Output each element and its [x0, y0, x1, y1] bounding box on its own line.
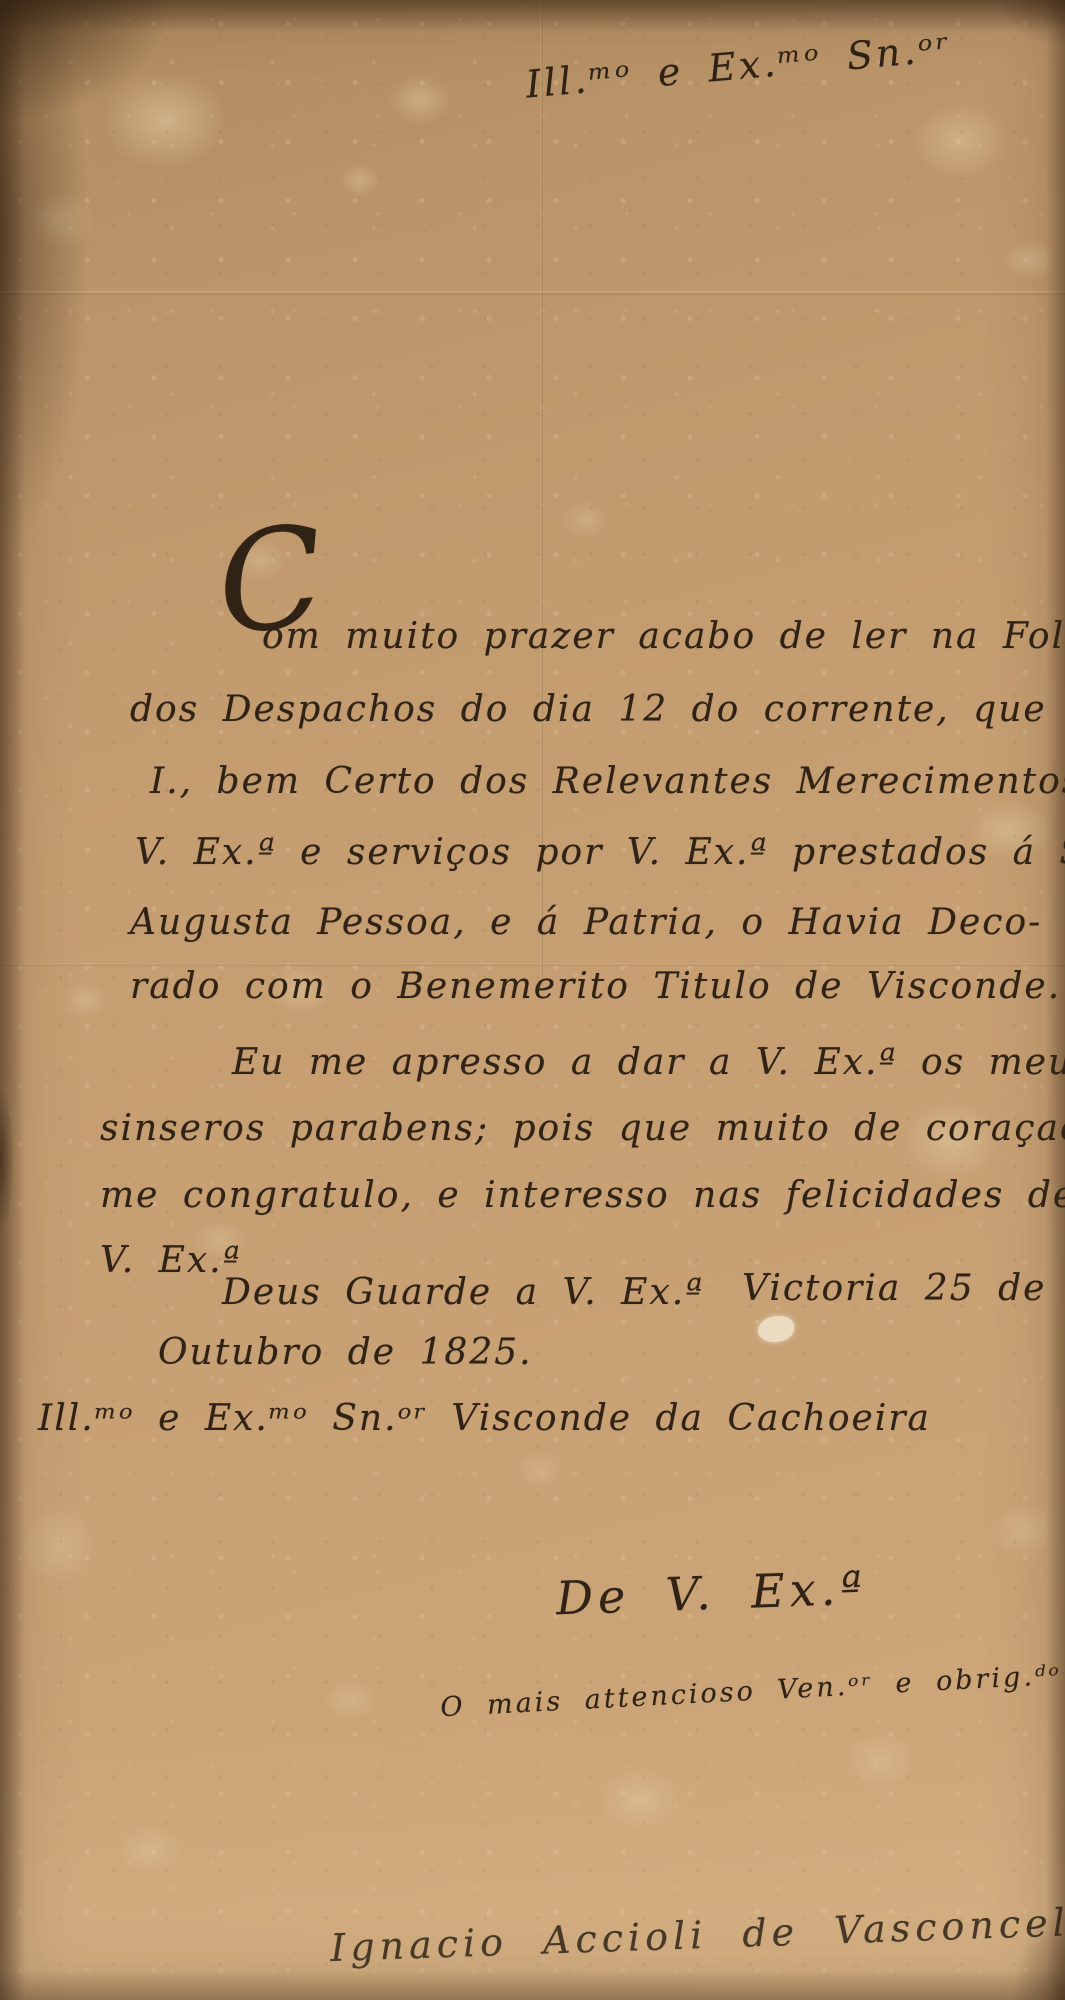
place-date: Victoria 25 de	[742, 1268, 1046, 1309]
body-line-10: V. Ex.ª	[100, 1240, 242, 1281]
body-line-6: rado com o Benemerito Titulo de Visconde…	[130, 966, 1061, 1007]
body-line-2: dos Despachos do dia 12 do corrente, que…	[130, 689, 1065, 730]
paper-flake-chip	[758, 1316, 794, 1342]
salutation-line: Ill.ᵐᵒ e Ex.ᵐᵒ Sn.ᵒʳ	[524, 25, 954, 106]
body-line-3: I., bem Certo dos Relevantes Merecimento…	[150, 761, 1065, 802]
valediction-line: Deus Guarde a V. Ex.ª	[222, 1272, 704, 1313]
date-line: Outubro de 1825.	[158, 1332, 533, 1373]
body-line-5: Augusta Pessoa, e á Patria, o Havia Deco…	[130, 902, 1042, 943]
closing-courtesy-line: O mais attencioso Ven.ᵒʳ e obrig.ᵈᵒ	[440, 1660, 1063, 1724]
body-line-9: me congratulo, e interesso nas felicidad…	[100, 1175, 1065, 1216]
body-line-4: V. Ex.ª e serviços por V. Ex.ª prestados…	[135, 832, 1065, 873]
closing-respect-line: De V. Ex.ª	[555, 1561, 868, 1626]
addressee-line: Ill.ᵐᵒ e Ex.ᵐᵒ Sn.ᵒʳ Visconde da Cachoei…	[38, 1398, 931, 1439]
body-line-8: sinseros parabens; pois que muito de cor…	[100, 1108, 1065, 1149]
fold-crease-horizontal-top	[0, 291, 1065, 295]
body-line-1: om muito prazer acabo de ler na Folha	[262, 616, 1065, 657]
letter-scan: Ill.ᵐᵒ e Ex.ᵐᵒ Sn.ᵒʳ C om muito prazer a…	[0, 0, 1065, 2000]
body-line-7: Eu me apresso a dar a V. Ex.ª os meus	[232, 1042, 1065, 1083]
signature: Ignacio Accioli de Vasconcellos	[329, 1898, 1065, 1970]
